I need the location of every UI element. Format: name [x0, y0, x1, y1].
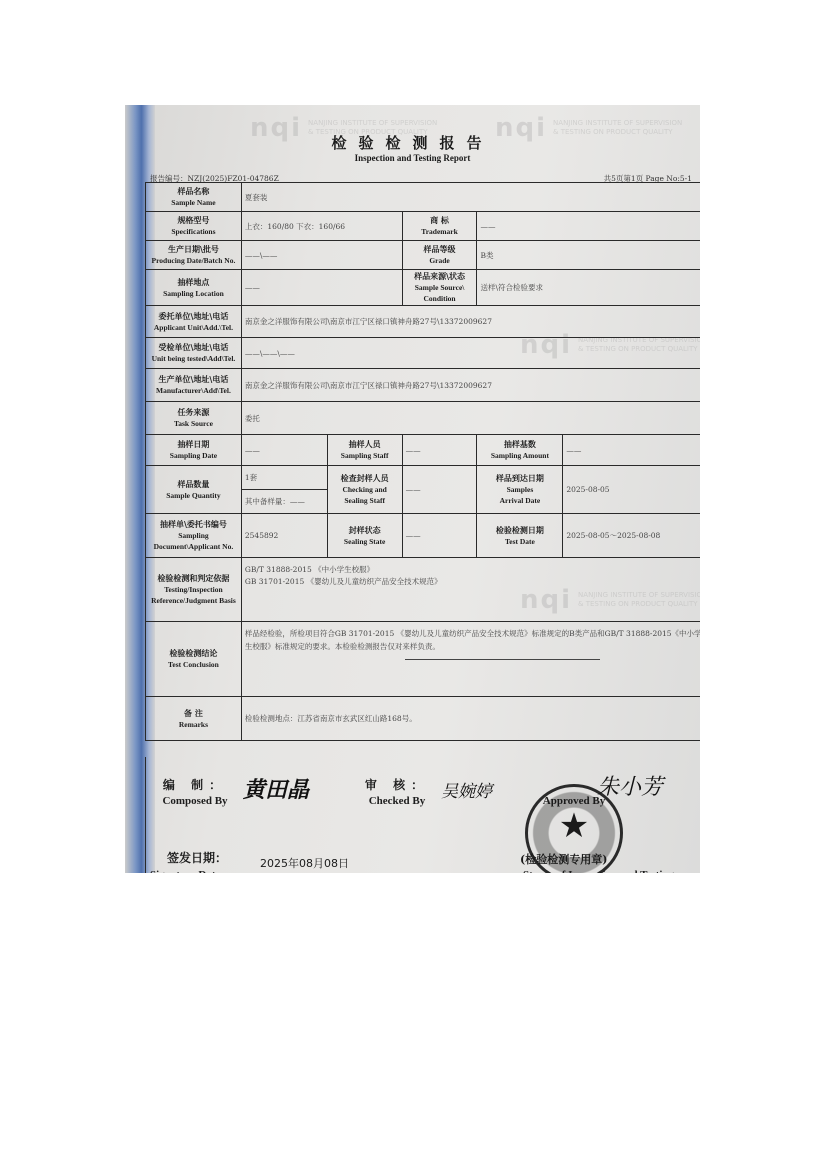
signature-date-label: Signature Date — [150, 869, 220, 873]
task-source-value: 委托 — [241, 402, 700, 435]
checking-staff-value: —— — [402, 466, 477, 514]
issue-date-value: 2025年08月08日 — [260, 855, 349, 871]
producing-date-label: 生产日期\批号Producing Date/Batch No. — [146, 241, 242, 270]
sample-quantity-label: 样品数量Sample Quantity — [146, 466, 242, 514]
producing-date-value: ——\—— — [241, 241, 402, 270]
table-row: 检验检测和判定依据Testing/InspectionReference/Jud… — [146, 558, 701, 622]
specifications-value: 上衣：160/80 下衣：160/66 — [241, 212, 402, 241]
sample-source-label: 样品来源\状态Sample Source\ Condition — [402, 270, 477, 306]
star-icon: ★ — [528, 809, 620, 843]
stamp-caption: (检验检测专用章) — [520, 851, 607, 867]
manufacturer-value: 南京金之洋服饰有限公司\南京市江宁区禄口镇神舟路27号\13372009627 — [241, 369, 700, 402]
conclusion-value: 样品经检验，所检项目符合GB 31701-2015 《婴幼儿及儿童纺织产品安全技… — [241, 622, 700, 697]
grade-label: 样品等级Grade — [402, 241, 477, 270]
manufacturer-label: 生产单位\地址\电话Manufacturer\Add\Tel. — [146, 369, 242, 402]
grade-value: B类 — [477, 241, 700, 270]
report-title-en: Inspection and Testing Report — [125, 153, 700, 163]
sample-name-value: 夏套装 — [241, 183, 700, 212]
trademark-label: 商 标Trademark — [402, 212, 477, 241]
conclusion-text: 样品经检验，所检项目符合GB 31701-2015 《婴幼儿及儿童纺织产品安全技… — [245, 627, 700, 653]
sampling-document-label: 抽样单\委托书编号SamplingDocument\Applicant No. — [146, 514, 242, 558]
spare-sample-value: 其中备样量：—— — [241, 490, 327, 514]
sample-source-value: 送样\符合检验要求 — [477, 270, 700, 306]
checking-staff-label: 检查封样人员Checking andSealing Staff — [327, 466, 402, 514]
checked-by-label: 审 核： Checked By — [357, 777, 437, 809]
report-title-cn: 检验检测报告 — [125, 132, 700, 153]
stamp-label-en: Stamp of Inspection and Testing — [523, 869, 674, 873]
arrival-date-value: 2025-08-05 — [563, 466, 700, 514]
conclusion-label: 检验检测结论Test Conclusion — [146, 622, 242, 697]
test-date-value: 2025-08-05～2025-08-08 — [563, 514, 700, 558]
table-row: 生产日期\批号Producing Date/Batch No. ——\—— 样品… — [146, 241, 701, 270]
table-row: 样品名称Sample Name 夏套装 — [146, 183, 701, 212]
approved-signature: 朱小芳 — [597, 770, 663, 801]
sampling-staff-label: 抽样人员Sampling Staff — [327, 435, 402, 466]
table-row: 检验检测结论Test Conclusion 样品经检验，所检项目符合GB 317… — [146, 622, 701, 697]
sampling-staff-value: —— — [402, 435, 477, 466]
applicant-label: 委托单位\地址\电话Applicant Unit\Add.\Tel. — [146, 306, 242, 338]
composed-signature: 黄田晶 — [243, 773, 309, 804]
table-row: 委托单位\地址\电话Applicant Unit\Add.\Tel. 南京金之洋… — [146, 306, 701, 338]
applicant-value: 南京金之洋服饰有限公司\南京市江宁区禄口镇神舟路27号\13372009627 — [241, 306, 700, 338]
report-table: 样品名称Sample Name 夏套装 规格型号Specifications 上… — [145, 182, 700, 741]
unit-tested-label: 受检单位\地址\电话Unit being tested\Add\Tel. — [146, 338, 242, 369]
basis-standard: GB 31701-2015 《婴幼儿及儿童纺织产品安全技术规范》 — [245, 576, 700, 588]
arrival-date-label: 样品到达日期SamplesArrival Date — [477, 466, 563, 514]
sealing-state-label: 封样状态Sealing State — [327, 514, 402, 558]
sampling-amount-label: 抽样基数Sampling Amount — [477, 435, 563, 466]
sampling-document-value: 2545892 — [241, 514, 327, 558]
sample-quantity-value: 1套 — [241, 466, 327, 490]
table-row: 备 注Remarks 检验检测地点：江苏省南京市玄武区红山路168号。 — [146, 697, 701, 741]
table-row: 生产单位\地址\电话Manufacturer\Add\Tel. 南京金之洋服饰有… — [146, 369, 701, 402]
composed-by-label: 编 制： Composed By — [150, 777, 240, 809]
sampling-date-label: 抽样日期Sampling Date — [146, 435, 242, 466]
table-row: 任务来源Task Source 委托 — [146, 402, 701, 435]
basis-value: GB/T 31888-2015 《中小学生校服》 GB 31701-2015 《… — [241, 558, 700, 622]
unit-tested-value: ——\——\—— — [241, 338, 700, 369]
sampling-amount-value: —— — [563, 435, 700, 466]
remarks-label: 备 注Remarks — [146, 697, 242, 741]
sample-name-label: 样品名称Sample Name — [146, 183, 242, 212]
task-source-label: 任务来源Task Source — [146, 402, 242, 435]
conclusion-divider — [405, 659, 600, 660]
test-date-label: 检验检测日期Test Date — [477, 514, 563, 558]
remarks-value: 检验检测地点：江苏省南京市玄武区红山路168号。 — [241, 697, 700, 741]
table-row: 抽样地点Sampling Location —— 样品来源\状态Sample S… — [146, 270, 701, 306]
table-row: 抽样日期Sampling Date —— 抽样人员Sampling Staff … — [146, 435, 701, 466]
sealing-state-value: —— — [402, 514, 477, 558]
basis-standard: GB/T 31888-2015 《中小学生校服》 — [245, 564, 700, 576]
table-row: 样品数量Sample Quantity 1套 检查封样人员Checking an… — [146, 466, 701, 490]
table-row: 规格型号Specifications 上衣：160/80 下衣：160/66 商… — [146, 212, 701, 241]
specifications-label: 规格型号Specifications — [146, 212, 242, 241]
issue-date-label: 签发日期： — [167, 849, 227, 866]
sampling-date-value: —— — [241, 435, 327, 466]
trademark-value: —— — [477, 212, 700, 241]
sampling-location-value: —— — [241, 270, 402, 306]
report-photo: nqiNANJING INSTITUTE OF SUPERVISION& TES… — [125, 105, 700, 873]
checked-signature: 吴婉婷 — [441, 777, 492, 802]
table-row: 抽样单\委托书编号SamplingDocument\Applicant No. … — [146, 514, 701, 558]
basis-label: 检验检测和判定依据Testing/InspectionReference/Jud… — [146, 558, 242, 622]
sampling-location-label: 抽样地点Sampling Location — [146, 270, 242, 306]
table-row: 受检单位\地址\电话Unit being tested\Add\Tel. ——\… — [146, 338, 701, 369]
